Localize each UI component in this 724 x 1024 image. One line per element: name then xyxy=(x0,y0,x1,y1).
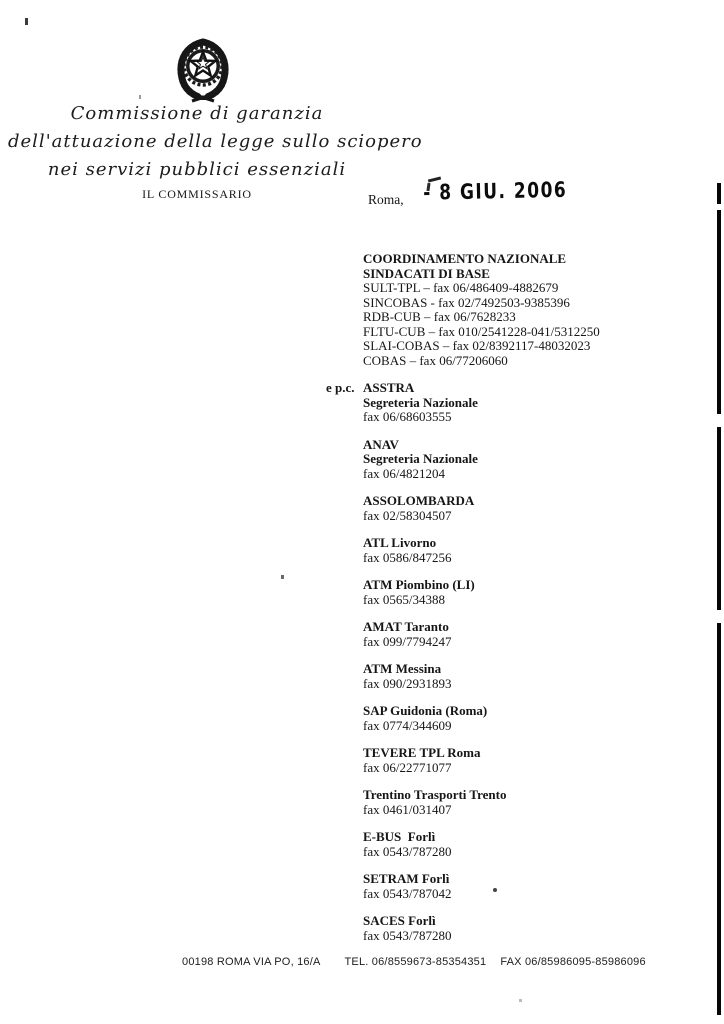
recipient-name: SETRAM Forlì xyxy=(363,872,693,887)
recipient-fax: fax 06/4821204 xyxy=(363,467,693,482)
scan-edge-mark xyxy=(717,210,721,414)
recipient-fax: fax 0543/787042 xyxy=(363,887,693,902)
recipient-fax: COBAS – fax 06/77206060 xyxy=(363,354,693,369)
recipient-name: ATM Piombino (LI) xyxy=(363,578,693,593)
scan-speck xyxy=(493,888,497,892)
recipient-fax: SLAI-COBAS – fax 02/8392117-48032023 xyxy=(363,339,693,354)
org-name-line-3: nei servizi pubblici essenziali xyxy=(8,156,386,184)
recipient-block: SACES Forlì fax 0543/787280 xyxy=(363,914,693,943)
recipient-name: SACES Forlì xyxy=(363,914,693,929)
recipient-block: ATM Piombino (LI) fax 0565/34388 xyxy=(363,578,693,607)
scan-edge-mark xyxy=(717,427,721,610)
recipient-fax: SINCOBAS - fax 02/7492503-9385396 xyxy=(363,296,693,311)
scan-edge-mark xyxy=(717,183,721,204)
recipient-block: e p.c. ASSTRA Segreteria Nazionale fax 0… xyxy=(363,381,693,425)
recipient-fax: fax 0565/34388 xyxy=(363,593,693,608)
recipient-fax: RDB-CUB – fax 06/7628233 xyxy=(363,310,693,325)
footer-fax: FAX 06/85986095-85986096 xyxy=(500,956,645,968)
recipient-name: AMAT Taranto xyxy=(363,620,693,635)
recipient-fax: SULT-TPL – fax 06/486409-4882679 xyxy=(363,281,693,296)
role-title: IL COMMISSARIO xyxy=(8,186,386,202)
recipient-block: ANAV Segreteria Nazionale fax 06/4821204 xyxy=(363,438,693,482)
recipient-fax: fax 0774/344609 xyxy=(363,719,693,734)
footer-tel: TEL. 06/8559673-85354351 xyxy=(345,956,487,968)
cc-label: e p.c. xyxy=(326,381,355,396)
recipient-fax: fax 0461/031407 xyxy=(363,803,693,818)
recipient-block: ASSOLOMBARDA fax 02/58304507 xyxy=(363,494,693,523)
recipient-name: SAP Guidonia (Roma) xyxy=(363,704,693,719)
letterhead: Commissione di garanzia dell'attuazione … xyxy=(8,100,386,202)
recipient-block: Trentino Trasporti Trento fax 0461/03140… xyxy=(363,788,693,817)
recipient-block: ATM Messina fax 090/2931893 xyxy=(363,662,693,691)
recipient-name: ATL Livorno xyxy=(363,536,693,551)
recipient-name: SINDACATI DI BASE xyxy=(363,267,693,282)
recipient-name: E-BUS Forlì xyxy=(363,830,693,845)
date-stamp: - 8 GIU. 2006 xyxy=(423,178,567,206)
recipient-subtitle: Segreteria Nazionale xyxy=(363,452,693,467)
recipient-fax: fax 06/22771077 xyxy=(363,761,693,776)
recipient-block: AMAT Taranto fax 099/7794247 xyxy=(363,620,693,649)
scan-speck xyxy=(281,575,284,579)
recipient-block-main: COORDINAMENTO NAZIONALE SINDACATI DI BAS… xyxy=(363,252,693,368)
recipient-fax: fax 099/7794247 xyxy=(363,635,693,650)
recipient-fax: fax 0586/847256 xyxy=(363,551,693,566)
recipient-block: TEVERE TPL Roma fax 06/22771077 xyxy=(363,746,693,775)
city-label: Roma, xyxy=(368,192,404,208)
recipients-list: COORDINAMENTO NAZIONALE SINDACATI DI BAS… xyxy=(363,252,693,956)
scan-speck xyxy=(519,999,522,1002)
recipient-name: ATM Messina xyxy=(363,662,693,677)
scan-speck xyxy=(25,18,28,25)
recipient-subtitle: Segreteria Nazionale xyxy=(363,396,693,411)
footer-contact-line: 00198 ROMA VIA PO, 16/ATEL. 06/8559673-8… xyxy=(182,956,646,968)
recipient-fax: fax 0543/787280 xyxy=(363,929,693,944)
recipient-name: Trentino Trasporti Trento xyxy=(363,788,693,803)
org-name-line-2: dell'attuazione della legge sullo sciope… xyxy=(8,128,386,156)
scan-speck xyxy=(139,95,141,99)
recipient-block: SAP Guidonia (Roma) fax 0774/344609 xyxy=(363,704,693,733)
recipient-block: ATL Livorno fax 0586/847256 xyxy=(363,536,693,565)
recipient-fax: FLTU-CUB – fax 010/2541228-041/5312250 xyxy=(363,325,693,340)
recipient-fax: fax 090/2931893 xyxy=(363,677,693,692)
recipient-block: E-BUS Forlì fax 0543/787280 xyxy=(363,830,693,859)
recipient-name: COORDINAMENTO NAZIONALE xyxy=(363,252,693,267)
recipient-name: TEVERE TPL Roma xyxy=(363,746,693,761)
footer-address: 00198 ROMA VIA PO, 16/A xyxy=(182,956,321,968)
italian-republic-emblem-icon xyxy=(173,36,233,104)
org-name-line-1: Commissione di garanzia xyxy=(8,100,386,128)
recipient-name: ASSOLOMBARDA xyxy=(363,494,693,509)
scan-edge-mark xyxy=(717,623,721,1015)
recipient-name: ASSTRA xyxy=(363,381,693,396)
recipient-name: ANAV xyxy=(363,438,693,453)
recipient-fax: fax 06/68603555 xyxy=(363,410,693,425)
recipient-block: SETRAM Forlì fax 0543/787042 xyxy=(363,872,693,901)
recipient-fax: fax 02/58304507 xyxy=(363,509,693,524)
scanned-letter-page: Commissione di garanzia dell'attuazione … xyxy=(0,0,724,1024)
recipient-fax: fax 0543/787280 xyxy=(363,845,693,860)
